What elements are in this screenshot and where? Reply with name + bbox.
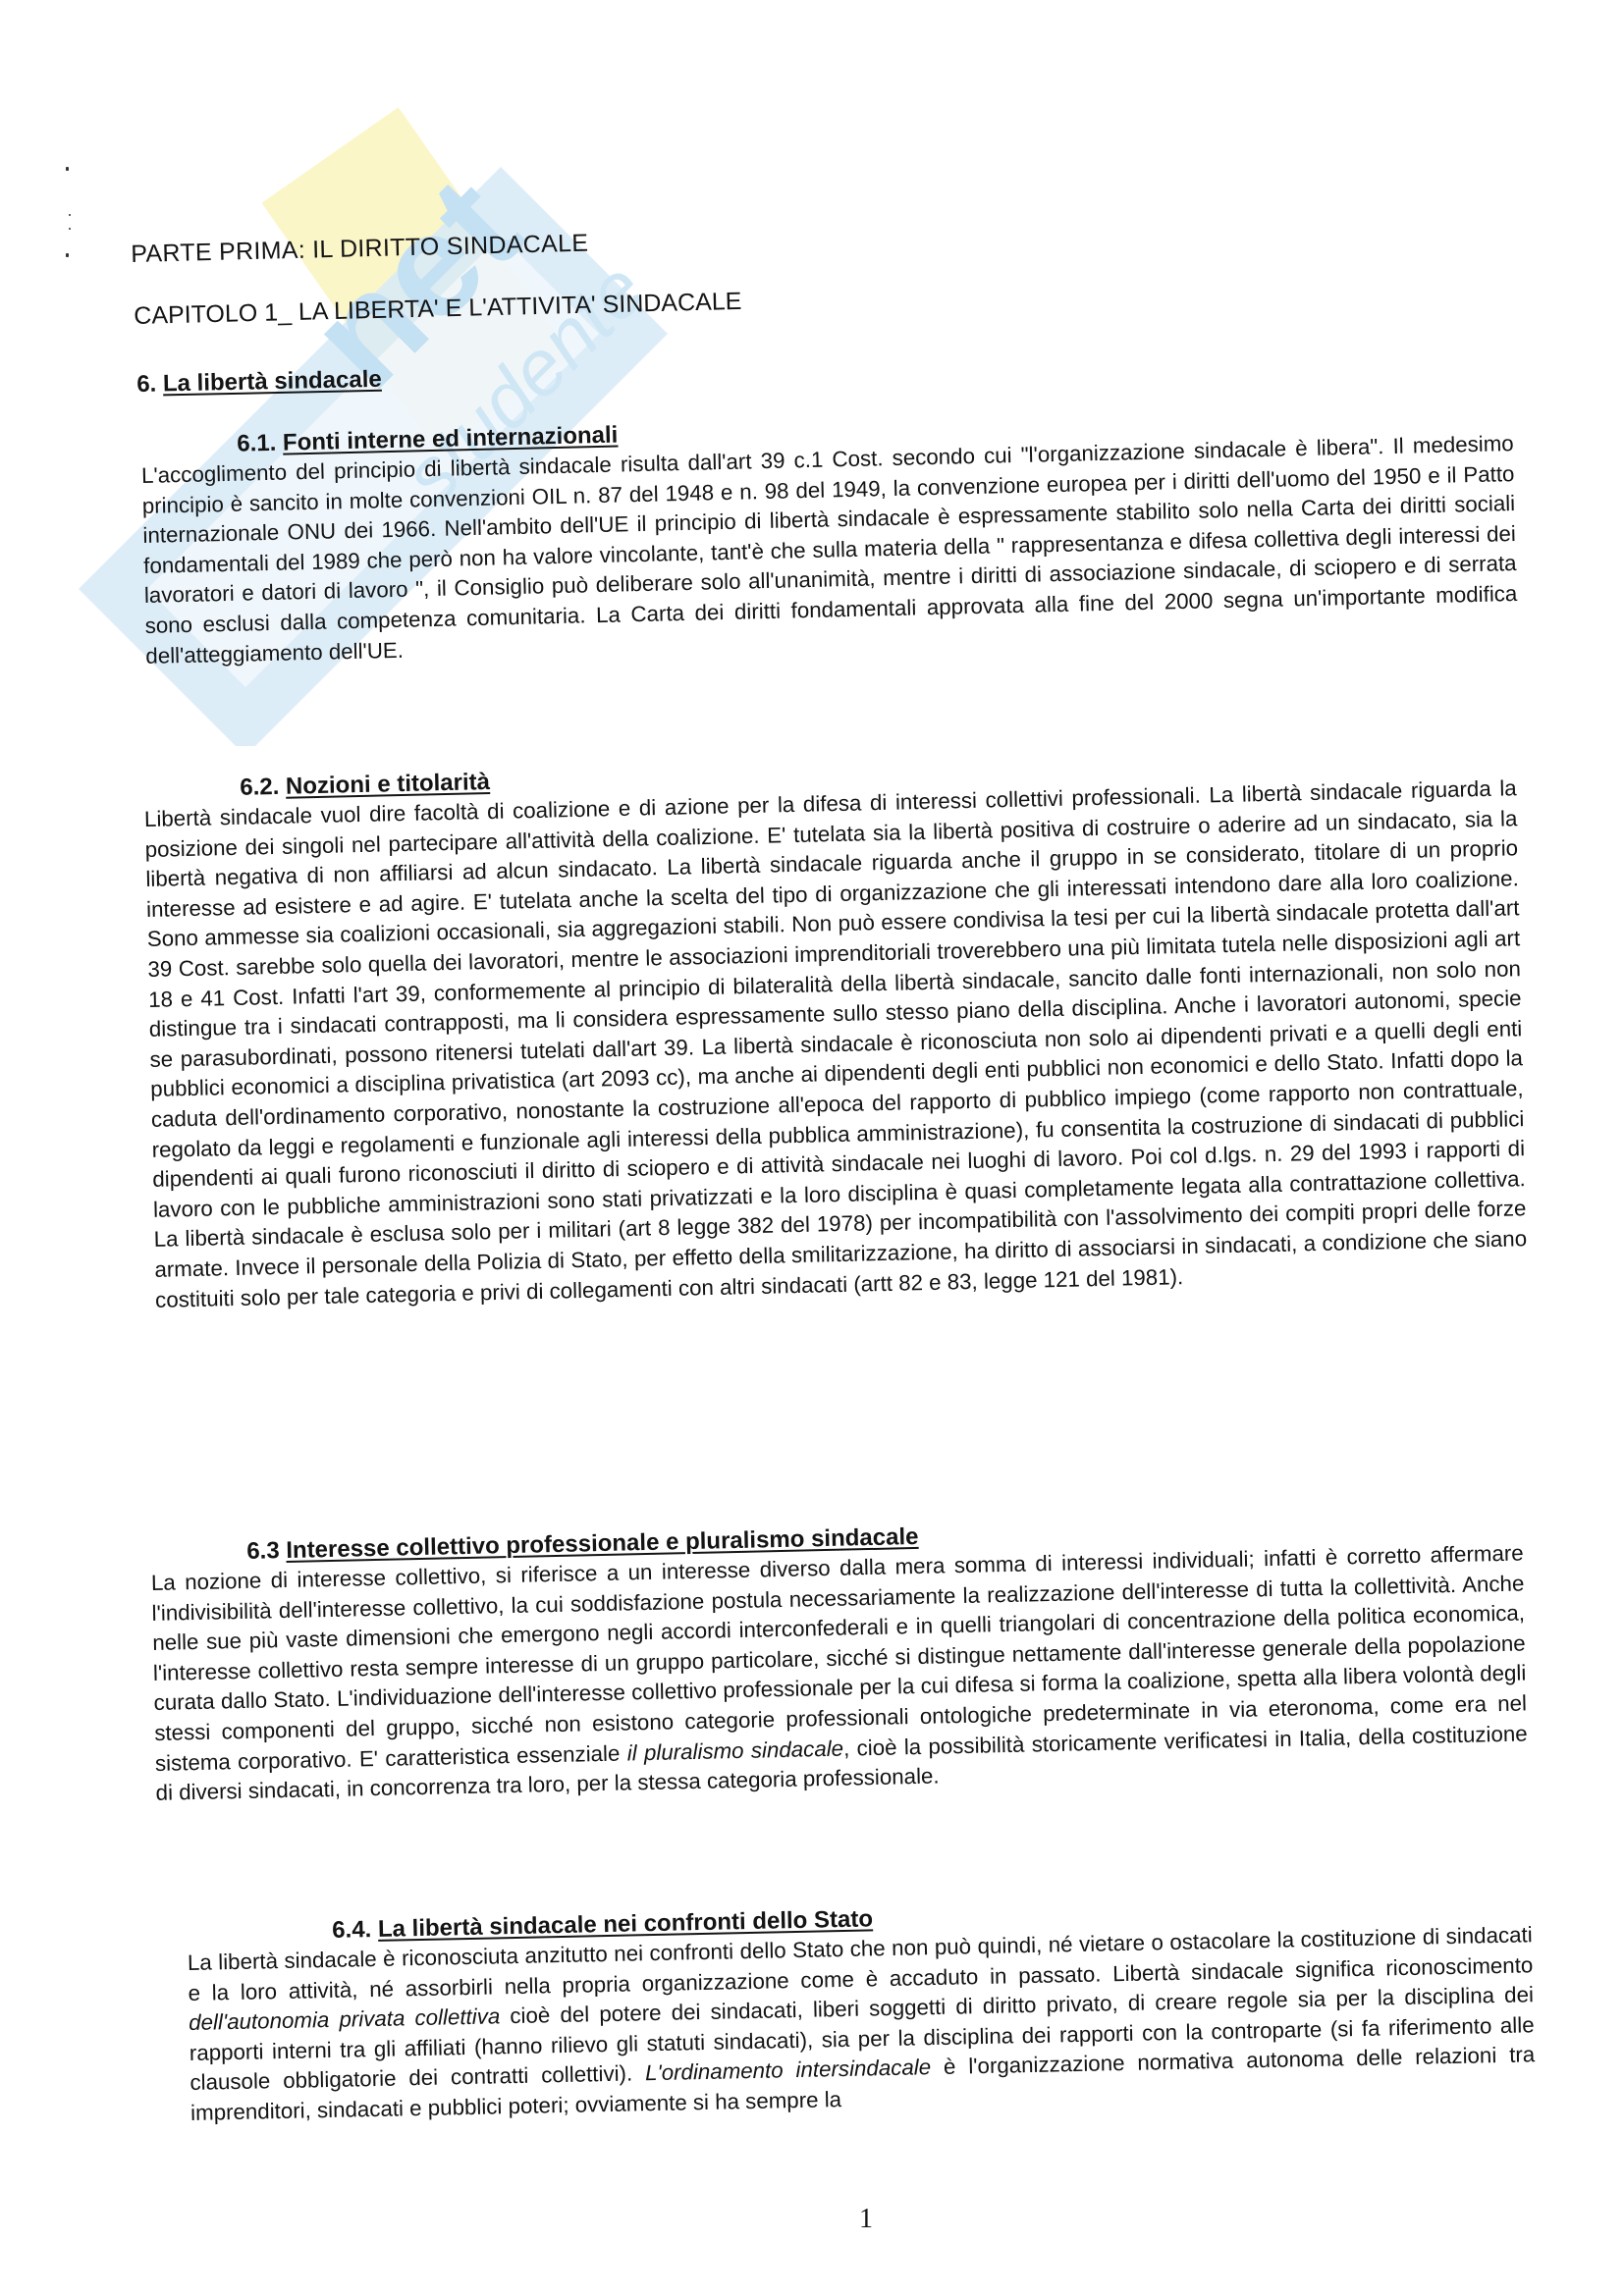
- section-heading: 6. La libertà sindacale: [136, 366, 382, 399]
- document-page: PARTE PRIMA: IL DIRITTO SINDACALE CAPITO…: [0, 0, 1624, 2296]
- subsection-number: 6.3: [246, 1537, 280, 1565]
- section-number: 6.: [136, 371, 157, 398]
- subsection-title: Nozioni e titolarità: [286, 769, 491, 800]
- subsection-6-1: 6.1. Fonti interne ed internazionali L'a…: [140, 400, 1518, 671]
- page-number: 1: [859, 2204, 873, 2235]
- paragraph: La nozione di interesse collettivo, si r…: [151, 1538, 1529, 1808]
- paragraph: La libertà sindacale è riconosciuta anzi…: [188, 1920, 1537, 2128]
- paragraph: L'accoglimento del principio di libertà …: [141, 429, 1519, 671]
- subsection-number: 6.2.: [240, 774, 280, 801]
- subsection-number: 6.4.: [332, 1916, 372, 1944]
- part-title: PARTE PRIMA: IL DIRITTO SINDACALE: [131, 230, 589, 269]
- chapter-title: CAPITOLO 1_ LA LIBERTA' E L'ATTIVITA' SI…: [134, 288, 742, 331]
- paragraph: Libertà sindacale vuol dire facoltà di c…: [144, 774, 1528, 1315]
- section-title: La libertà sindacale: [163, 366, 382, 398]
- italic-term: dell'autonomia privata collettiva: [189, 2004, 501, 2036]
- italic-term: L'ordinamento intersindacale: [645, 2056, 932, 2086]
- italic-term: il pluralismo sindacale: [626, 1735, 843, 1765]
- subsection-number: 6.1.: [237, 430, 277, 457]
- subsection-6-2: 6.2. Nozioni e titolarità Libertà sindac…: [143, 744, 1528, 1315]
- subsection-6-3: 6.3 Interesse collettivo professionale e…: [150, 1510, 1529, 1809]
- subsection-6-4: 6.4. La libertà sindacale nei confronti …: [187, 1891, 1536, 2128]
